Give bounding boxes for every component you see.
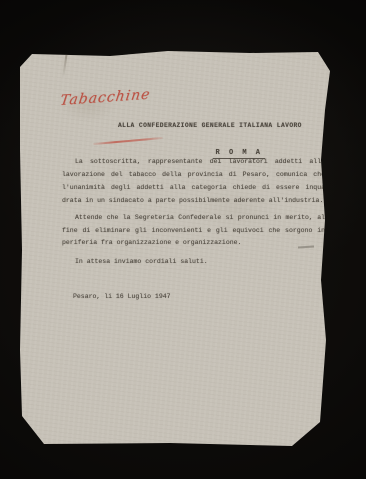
closing-line: In attesa inviamo cordiali saluti. <box>62 256 325 269</box>
paper-crease <box>62 52 68 78</box>
letter-recipient: ALLA CONFEDERAZIONE GENERALE ITALIANA LA… <box>118 122 300 129</box>
closing-paragraph: In attesa inviamo cordiali saluti. <box>62 256 325 269</box>
body-line: periferia fra organizzazione e organizza… <box>62 237 325 250</box>
paragraph: La sottoscritta, rappresentante dei lavo… <box>62 156 325 208</box>
red-pencil-stroke <box>93 137 163 145</box>
paragraph: Attende che la Segreteria Confederale si… <box>62 212 325 251</box>
body-line: l'unanimità degli addetti alla categoria… <box>62 182 325 195</box>
letter-body: La sottoscritta, rappresentante dei lavo… <box>62 156 325 273</box>
body-line: lavorazione del tabacco della provincia … <box>62 169 325 182</box>
body-line: fine di eliminare gli inconvenienti e gl… <box>62 225 325 238</box>
body-line: drata in un sindacato a parte possibilme… <box>62 195 325 208</box>
handwritten-red-annotation: Tabacchine <box>59 83 201 109</box>
body-line: La sottoscritta, rappresentante dei lavo… <box>62 156 325 169</box>
photo-background: Tabacchine ALLA CONFEDERAZIONE GENERALE … <box>0 0 366 479</box>
scanned-letter-sheet: Tabacchine ALLA CONFEDERAZIONE GENERALE … <box>20 50 330 448</box>
letter-dateline: Pesaro, li 16 Luglio 1947 <box>73 293 171 300</box>
body-line: Attende che la Segreteria Confederale si… <box>62 212 325 225</box>
